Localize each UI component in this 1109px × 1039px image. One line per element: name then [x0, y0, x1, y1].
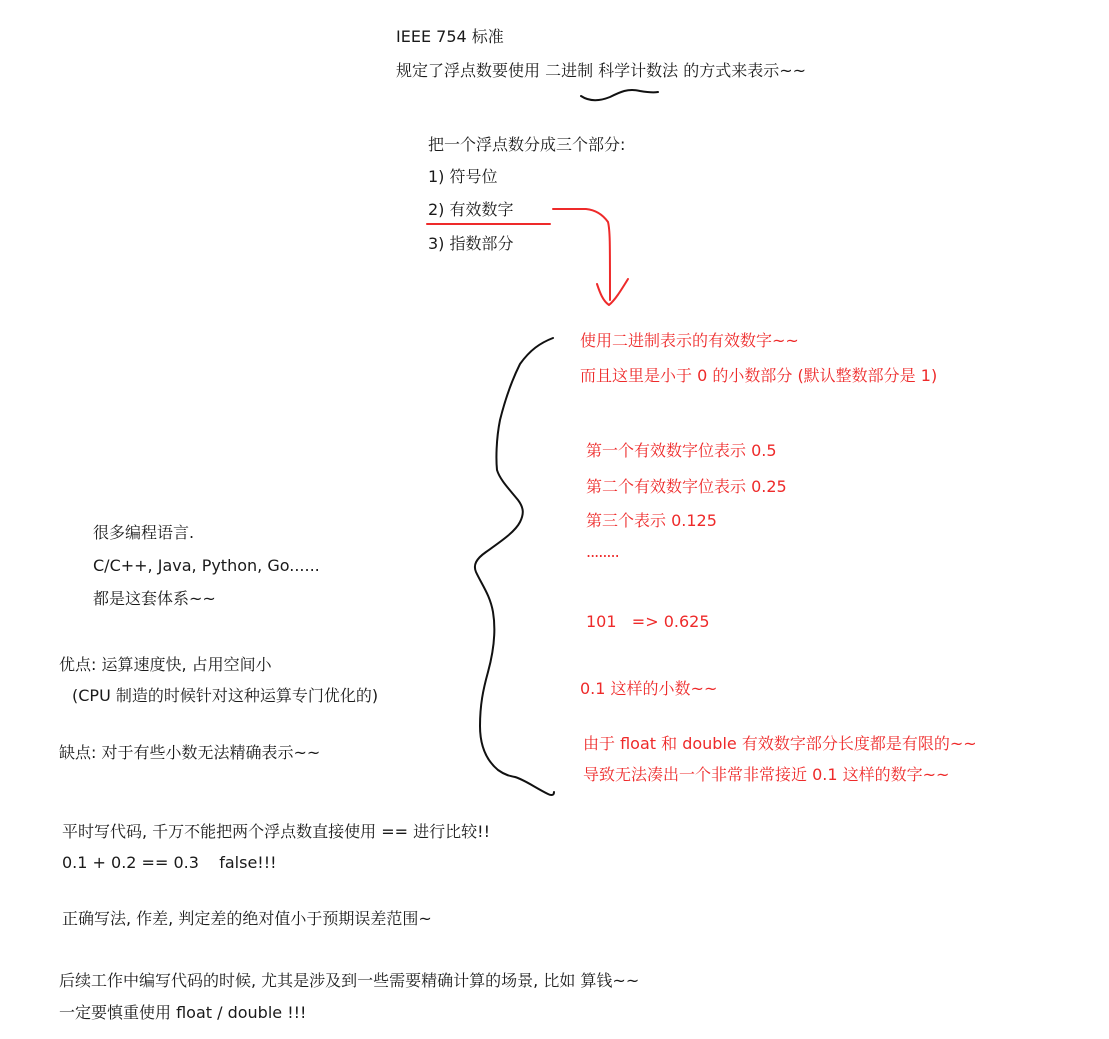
significand-bit-3: 第三个表示 0.125: [586, 511, 717, 531]
cons-line: 缺点: 对于有些小数无法精确表示~~: [59, 743, 320, 763]
header-description: 规定了浮点数要使用 二进制 科学计数法 的方式来表示~~: [396, 61, 806, 81]
significand-bit-ellipsis: ........: [586, 542, 619, 562]
arrow-red-head: [597, 279, 628, 305]
limit-note-line1: 由于 float 和 double 有效数字部分长度都是有限的~~: [583, 734, 977, 754]
underline-squiggle-binary: [581, 90, 658, 100]
significand-example: 101 => 0.625: [586, 612, 710, 632]
limit-note-line2: 导致无法凑出一个非常非常接近 0.1 这样的数字~~: [583, 765, 949, 785]
correct-way: 正确写法, 作差, 判定差的绝对值小于预期误差范围~: [62, 909, 432, 929]
decimal-note: 0.1 这样的小数~~: [580, 679, 717, 699]
parts-item-significand: 2) 有效数字: [428, 200, 514, 220]
work-line2: 一定要慎重使用 float / double !!!: [59, 1003, 306, 1023]
pros-line1: 优点: 运算速度快, 占用空间小: [59, 655, 272, 675]
parts-intro: 把一个浮点数分成三个部分:: [428, 135, 625, 155]
languages-line3: 都是这套体系~~: [93, 589, 216, 609]
significand-bit-2: 第二个有效数字位表示 0.25: [586, 477, 787, 497]
significand-note-line1: 使用二进制表示的有效数字~~: [580, 331, 799, 351]
parts-item-sign: 1) 符号位: [428, 167, 498, 187]
significand-note-line2: 而且这里是小于 0 的小数部分 (默认整数部分是 1): [580, 366, 937, 386]
work-line1: 后续工作中编写代码的时候, 尤其是涉及到一些需要精确计算的场景, 比如 算钱~~: [59, 971, 639, 991]
arrow-red-line: [553, 209, 610, 300]
header-title: IEEE 754 标准: [396, 27, 504, 47]
languages-line2: C/C++, Java, Python, Go......: [93, 556, 320, 576]
languages-line1: 很多编程语言.: [93, 523, 194, 543]
compare-warning: 平时写代码, 千万不能把两个浮点数直接使用 == 进行比较!!: [62, 822, 490, 842]
curly-brace: [475, 338, 554, 795]
significand-bit-1: 第一个有效数字位表示 0.5: [586, 441, 777, 461]
parts-item-exponent: 3) 指数部分: [428, 234, 514, 254]
compare-example: 0.1 + 0.2 == 0.3 false!!!: [62, 853, 277, 873]
pros-line2: (CPU 制造的时候针对这种运算专门优化的): [72, 686, 378, 706]
ink-annotations-layer: [0, 0, 1109, 1039]
